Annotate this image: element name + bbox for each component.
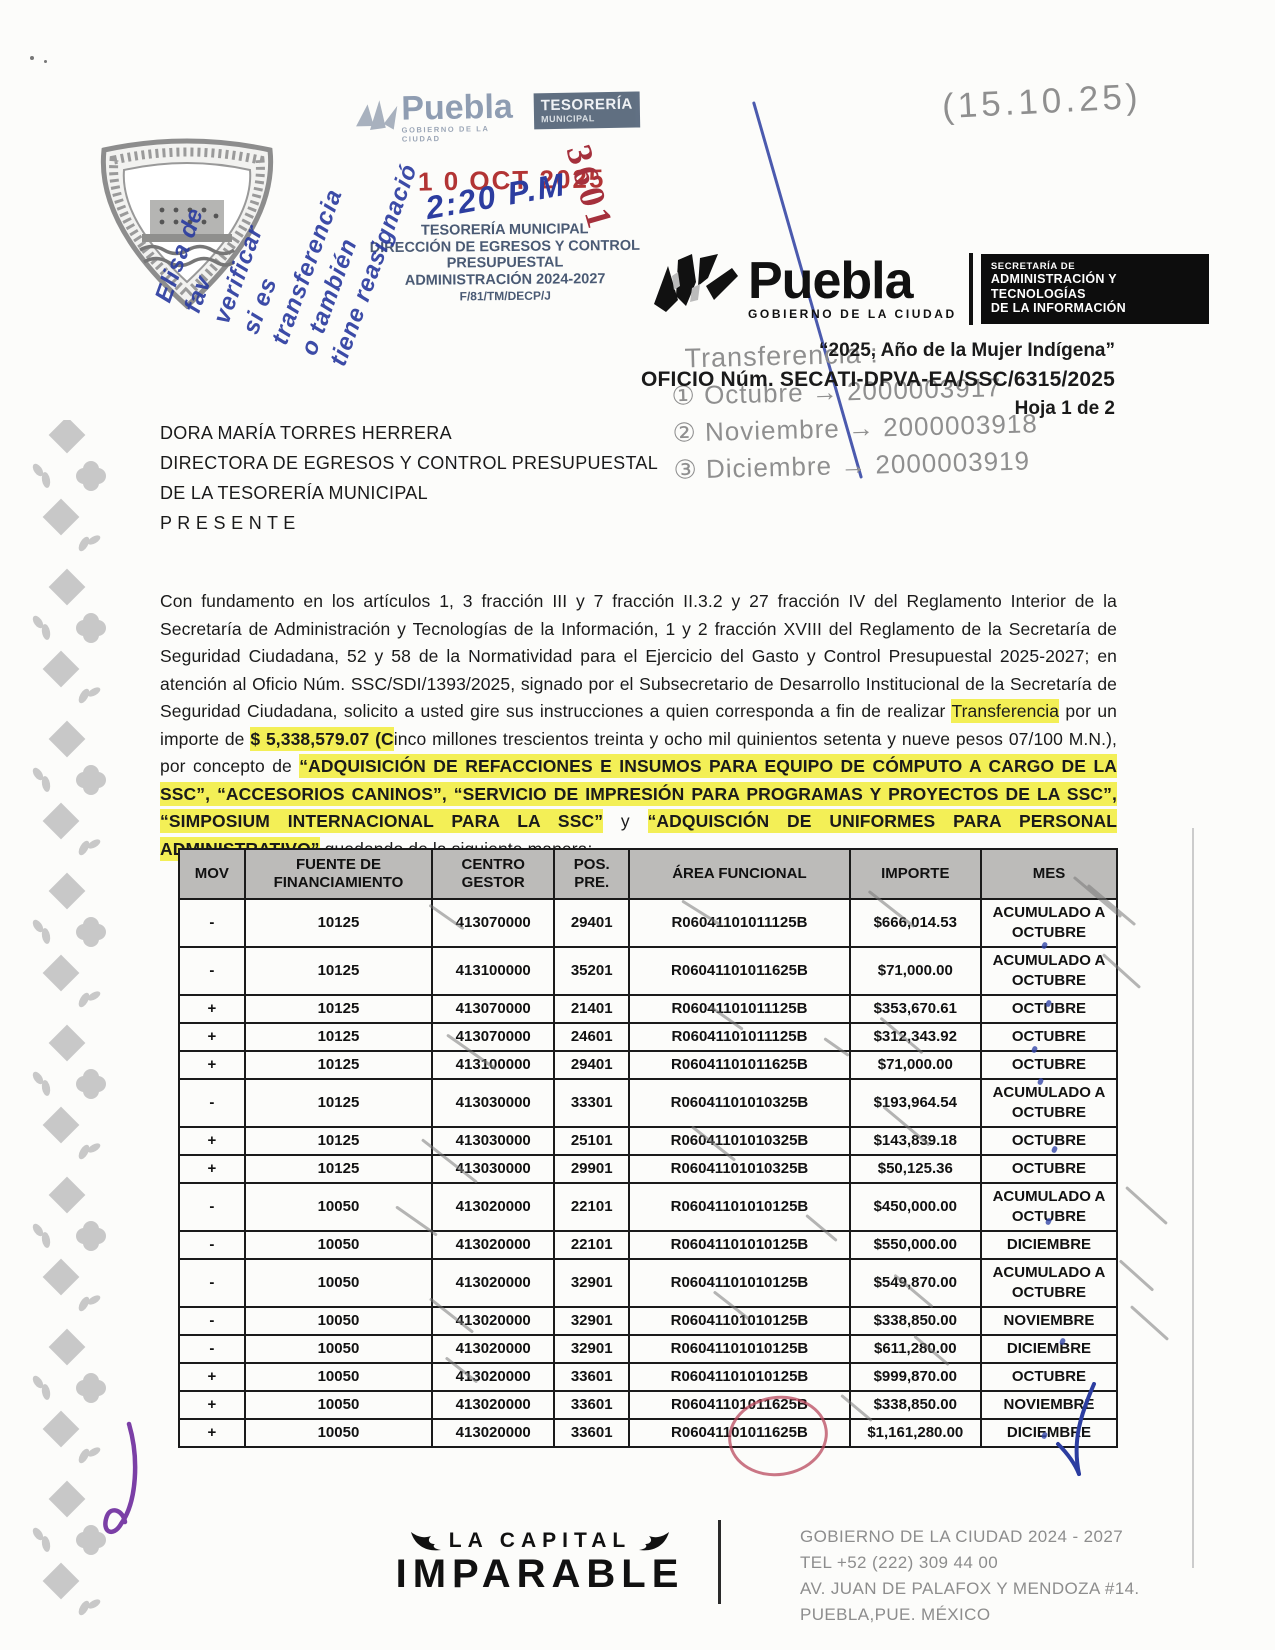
table-cell-3: 32901	[554, 1335, 629, 1363]
table-cell-1: 10050	[245, 1391, 433, 1419]
table-cell-1: 10125	[245, 1127, 433, 1155]
body-segment-1: Transferencia	[951, 701, 1059, 721]
table-cell-4: R06041101010125B	[629, 1231, 849, 1259]
table-cell-4: R06041101011125B	[629, 899, 849, 947]
secretaria-box: SECRETARÍA DEADMINISTRACIÓN Y TECNOLOGÍA…	[981, 254, 1209, 324]
talavera-logo-icon	[648, 252, 740, 326]
table-cell-0: +	[179, 1155, 245, 1183]
secretaria-box-line-2: DE LA INFORMACIÓN	[991, 301, 1199, 316]
contact-line-1: TEL +52 (222) 309 44 00	[800, 1550, 1140, 1576]
puebla-logo: Puebla GOBIERNO DE LA CIUDAD SECRETARÍA …	[648, 252, 1209, 326]
secretaria-box-line-1: ADMINISTRACIÓN Y TECNOLOGÍAS	[991, 272, 1199, 301]
page-indicator: Hoja 1 de 2	[1015, 398, 1115, 420]
puebla-wordmark-sub: GOBIERNO DE LA CIUDAD	[748, 307, 957, 321]
purple-pen-mark	[95, 1418, 159, 1558]
secretaria-box-line-0: SECRETARÍA DE	[991, 261, 1199, 272]
table-cell-5: $193,964.54	[850, 1079, 981, 1127]
table-cell-1: 10050	[245, 1259, 433, 1307]
table-cell-4: R06041101010325B	[629, 1127, 849, 1155]
table-cell-6: ACUMULADO A OCTUBRE	[981, 1079, 1117, 1127]
table-row: -1005041302000022101R06041101010125B$450…	[179, 1183, 1117, 1231]
contact-line-0: GOBIERNO DE LA CIUDAD 2024 - 2027	[800, 1524, 1140, 1550]
table-cell-3: 32901	[554, 1259, 629, 1307]
logo-divider	[969, 253, 973, 325]
table-cell-4: R06041101011625B	[629, 947, 849, 995]
footer-contact-block: GOBIERNO DE LA CIUDAD 2024 - 2027TEL +52…	[800, 1524, 1140, 1628]
table-cell-0: +	[179, 1419, 245, 1447]
stamp-box-line1: TESORERÍA	[541, 96, 633, 115]
handwritten-date-pencil: (15.10.25)	[941, 77, 1142, 127]
table-cell-3: 29901	[554, 1155, 629, 1183]
budget-table: MOVFUENTE DE FINANCIAMIENTOCENTRO GESTOR…	[178, 848, 1118, 1448]
table-cell-1: 10050	[245, 1335, 433, 1363]
table-row: +1012541307000024601R06041101011125B$312…	[179, 1023, 1117, 1051]
table-cell-5: $550,000.00	[850, 1231, 981, 1259]
table-cell-0: -	[179, 1259, 245, 1307]
table-cell-5: $450,000.00	[850, 1183, 981, 1231]
table-row: -1005041302000032901R06041101010125B$338…	[179, 1307, 1117, 1335]
table-row: -1005041302000032901R06041101010125B$611…	[179, 1335, 1117, 1363]
table-cell-3: 33601	[554, 1391, 629, 1419]
table-cell-2: 413070000	[432, 899, 554, 947]
table-cell-4: R06041101011125B	[629, 995, 849, 1023]
table-cell-0: -	[179, 1231, 245, 1259]
stamp-box-line2: MUNICIPAL	[541, 113, 633, 125]
puebla-wordmark: Puebla	[748, 258, 957, 304]
table-cell-2: 413030000	[432, 1079, 554, 1127]
table-cell-0: +	[179, 1051, 245, 1079]
table-cell-6: OCTUBRE	[981, 1051, 1117, 1079]
table-cell-1: 10050	[245, 1183, 433, 1231]
oficio-number: OFICIO Núm. SECATI-DPVA-EA/SSC/6315/2025	[641, 368, 1115, 392]
recipient-line-1: DIRECTORA DE EGRESOS Y CONTROL PRESUPUES…	[160, 448, 658, 478]
table-cell-1: 10125	[245, 1155, 433, 1183]
wing-right-icon	[637, 1528, 671, 1554]
body-paragraph: Con fundamento en los artículos 1, 3 fra…	[160, 588, 1117, 863]
contact-line-2: AV. JUAN DE PALAFOX Y MENDOZA #14.	[800, 1576, 1140, 1602]
table-cell-1: 10125	[245, 995, 433, 1023]
table-cell-0: +	[179, 1127, 245, 1155]
footer-divider	[718, 1520, 721, 1604]
table-cell-3: 22101	[554, 1183, 629, 1231]
col-header-1: FUENTE DE FINANCIAMIENTO	[245, 849, 433, 899]
recipient-block: DORA MARÍA TORRES HERRERADIRECTORA DE EG…	[160, 418, 658, 538]
table-cell-6: OCTUBRE	[981, 1155, 1117, 1183]
table-cell-1: 10125	[245, 947, 433, 995]
table-cell-2: 413020000	[432, 1259, 554, 1307]
table-cell-0: -	[179, 1183, 245, 1231]
table-cell-3: 33601	[554, 1419, 629, 1447]
table-cell-0: +	[179, 1023, 245, 1051]
table-cell-5: $50,125.36	[850, 1155, 981, 1183]
year-legend: “2025, Año de la Mujer Indígena”	[819, 340, 1115, 362]
table-cell-0: -	[179, 1079, 245, 1127]
table-cell-5: $1,161,280.00	[850, 1419, 981, 1447]
table-cell-6: OCTUBRE	[981, 1127, 1117, 1155]
col-header-2: CENTRO GESTOR	[432, 849, 554, 899]
table-cell-3: 22101	[554, 1231, 629, 1259]
table-row: -1012541307000029401R06041101011125B$666…	[179, 899, 1117, 947]
table-cell-1: 10050	[245, 1231, 433, 1259]
table-cell-3: 21401	[554, 995, 629, 1023]
col-header-4: ÁREA FUNCIONAL	[629, 849, 849, 899]
table-cell-3: 33301	[554, 1079, 629, 1127]
stamp-dept-line-1: DIRECCIÓN DE EGRESOS Y CONTROL	[360, 237, 650, 256]
table-cell-5: $71,000.00	[850, 1051, 981, 1079]
table-cell-0: -	[179, 1307, 245, 1335]
col-header-3: POS. PRE.	[554, 849, 629, 899]
la-capital-text: LA CAPITAL	[449, 1529, 631, 1553]
col-header-0: MOV	[179, 849, 245, 899]
table-cell-6: ACUMULADO A OCTUBRE	[981, 1259, 1117, 1307]
body-segment-6: y	[603, 811, 648, 831]
table-cell-5: $71,000.00	[850, 947, 981, 995]
table-row: +1005041302000033601R06041101011625B$338…	[179, 1391, 1117, 1419]
table-cell-6: DICIEMBRE	[981, 1335, 1117, 1363]
recipient-line-3: P R E S E N T E	[160, 508, 658, 538]
table-cell-1: 10050	[245, 1363, 433, 1391]
table-cell-6: NOVIEMBRE	[981, 1307, 1117, 1335]
table-cell-5: $999,870.00	[850, 1363, 981, 1391]
recipient-line-2: DE LA TESORERÍA MUNICIPAL	[160, 478, 658, 508]
table-cell-3: 24601	[554, 1023, 629, 1051]
table-cell-0: -	[179, 1335, 245, 1363]
table-cell-0: +	[179, 1391, 245, 1419]
table-cell-5: $666,014.53	[850, 899, 981, 947]
table-row: +1012541303000025101R06041101010325B$143…	[179, 1127, 1117, 1155]
table-cell-2: 413020000	[432, 1231, 554, 1259]
table-cell-3: 29401	[554, 899, 629, 947]
table-cell-1: 10125	[245, 1051, 433, 1079]
pencil-check-mark	[1130, 1305, 1169, 1341]
table-cell-1: 10125	[245, 899, 433, 947]
table-cell-3: 32901	[554, 1307, 629, 1335]
table-cell-6: ACUMULADO A OCTUBRE	[981, 899, 1117, 947]
pencil-check-mark	[1119, 1259, 1154, 1291]
table-row: +1012541310000029401R06041101011625B$71,…	[179, 1051, 1117, 1079]
document-page: Puebla GOBIERNO DE LA CIUDAD TESORERÍA M…	[0, 0, 1275, 1650]
table-cell-5: $549,870.00	[850, 1259, 981, 1307]
table-cell-4: R06041101010125B	[629, 1259, 849, 1307]
recipient-line-0: DORA MARÍA TORRES HERRERA	[160, 418, 658, 448]
table-row: -1012541303000033301R06041101010325B$193…	[179, 1079, 1117, 1127]
table-cell-3: 29401	[554, 1051, 629, 1079]
budget-table-body: -1012541307000029401R06041101011125B$666…	[179, 899, 1117, 1447]
table-cell-3: 33601	[554, 1363, 629, 1391]
table-cell-4: R06041101010125B	[629, 1363, 849, 1391]
table-row: +1005041302000033601R06041101010125B$999…	[179, 1363, 1117, 1391]
table-row: -1005041302000022101R06041101010125B$550…	[179, 1231, 1117, 1259]
table-cell-5: $353,670.61	[850, 995, 981, 1023]
table-cell-5: $338,850.00	[850, 1307, 981, 1335]
table-cell-2: 413020000	[432, 1307, 554, 1335]
table-cell-5: $338,850.00	[850, 1391, 981, 1419]
table-row: +1012541303000029901R06041101010325B$50,…	[179, 1155, 1117, 1183]
table-row: -1005041302000032901R06041101010125B$549…	[179, 1259, 1117, 1307]
la-capital-imparable-logo: LA CAPITAL IMPARABLE	[390, 1528, 690, 1594]
table-cell-6: DICIEMBRE	[981, 1231, 1117, 1259]
table-cell-2: 413020000	[432, 1183, 554, 1231]
table-row: +1012541307000021401R06041101011125B$353…	[179, 995, 1117, 1023]
table-cell-3: 35201	[554, 947, 629, 995]
table-row: -1012541310000035201R06041101011625B$71,…	[179, 947, 1117, 995]
table-cell-4: R06041101010125B	[629, 1335, 849, 1363]
table-cell-1: 10125	[245, 1023, 433, 1051]
table-cell-6: OCTUBRE	[981, 1023, 1117, 1051]
table-cell-6: ACUMULADO A OCTUBRE	[981, 947, 1117, 995]
table-cell-1: 10050	[245, 1307, 433, 1335]
table-cell-0: -	[179, 947, 245, 995]
table-cell-2: 413100000	[432, 947, 554, 995]
table-cell-2: 413070000	[432, 995, 554, 1023]
table-cell-0: +	[179, 1363, 245, 1391]
stamp-dept-lines: TESORERÍA MUNICIPALDIRECCIÓN DE EGRESOS …	[360, 221, 651, 306]
table-row: +1005041302000033601R06041101011625B$1,1…	[179, 1419, 1117, 1447]
table-cell-0: -	[179, 899, 245, 947]
scan-edge-line	[1192, 828, 1194, 1568]
stamp-box: TESORERÍA MUNICIPAL	[534, 91, 641, 129]
table-cell-3: 25101	[554, 1127, 629, 1155]
contact-line-3: PUEBLA,PUE. MÉXICO	[800, 1602, 1140, 1628]
table-cell-2: 413030000	[432, 1127, 554, 1155]
table-cell-2: 413020000	[432, 1391, 554, 1419]
pencil-check-mark	[1125, 1186, 1168, 1225]
body-segment-3: $ 5,338,579.07 (C	[250, 729, 393, 749]
table-cell-1: 10050	[245, 1419, 433, 1447]
stamp-dept-line-4: F/81/TM/DECP/J	[360, 287, 650, 306]
table-cell-4: R06041101010325B	[629, 1155, 849, 1183]
table-cell-2: 413020000	[432, 1419, 554, 1447]
wing-left-icon	[409, 1528, 443, 1554]
blue-pen-check	[1048, 1382, 1118, 1482]
budget-table-header: MOVFUENTE DE FINANCIAMIENTOCENTRO GESTOR…	[179, 849, 1117, 899]
table-cell-4: R06041101010325B	[629, 1079, 849, 1127]
imparable-text: IMPARABLE	[390, 1554, 690, 1594]
table-cell-2: 413020000	[432, 1363, 554, 1391]
table-cell-4: R06041101011625B	[629, 1051, 849, 1079]
table-cell-1: 10125	[245, 1079, 433, 1127]
table-cell-0: +	[179, 995, 245, 1023]
